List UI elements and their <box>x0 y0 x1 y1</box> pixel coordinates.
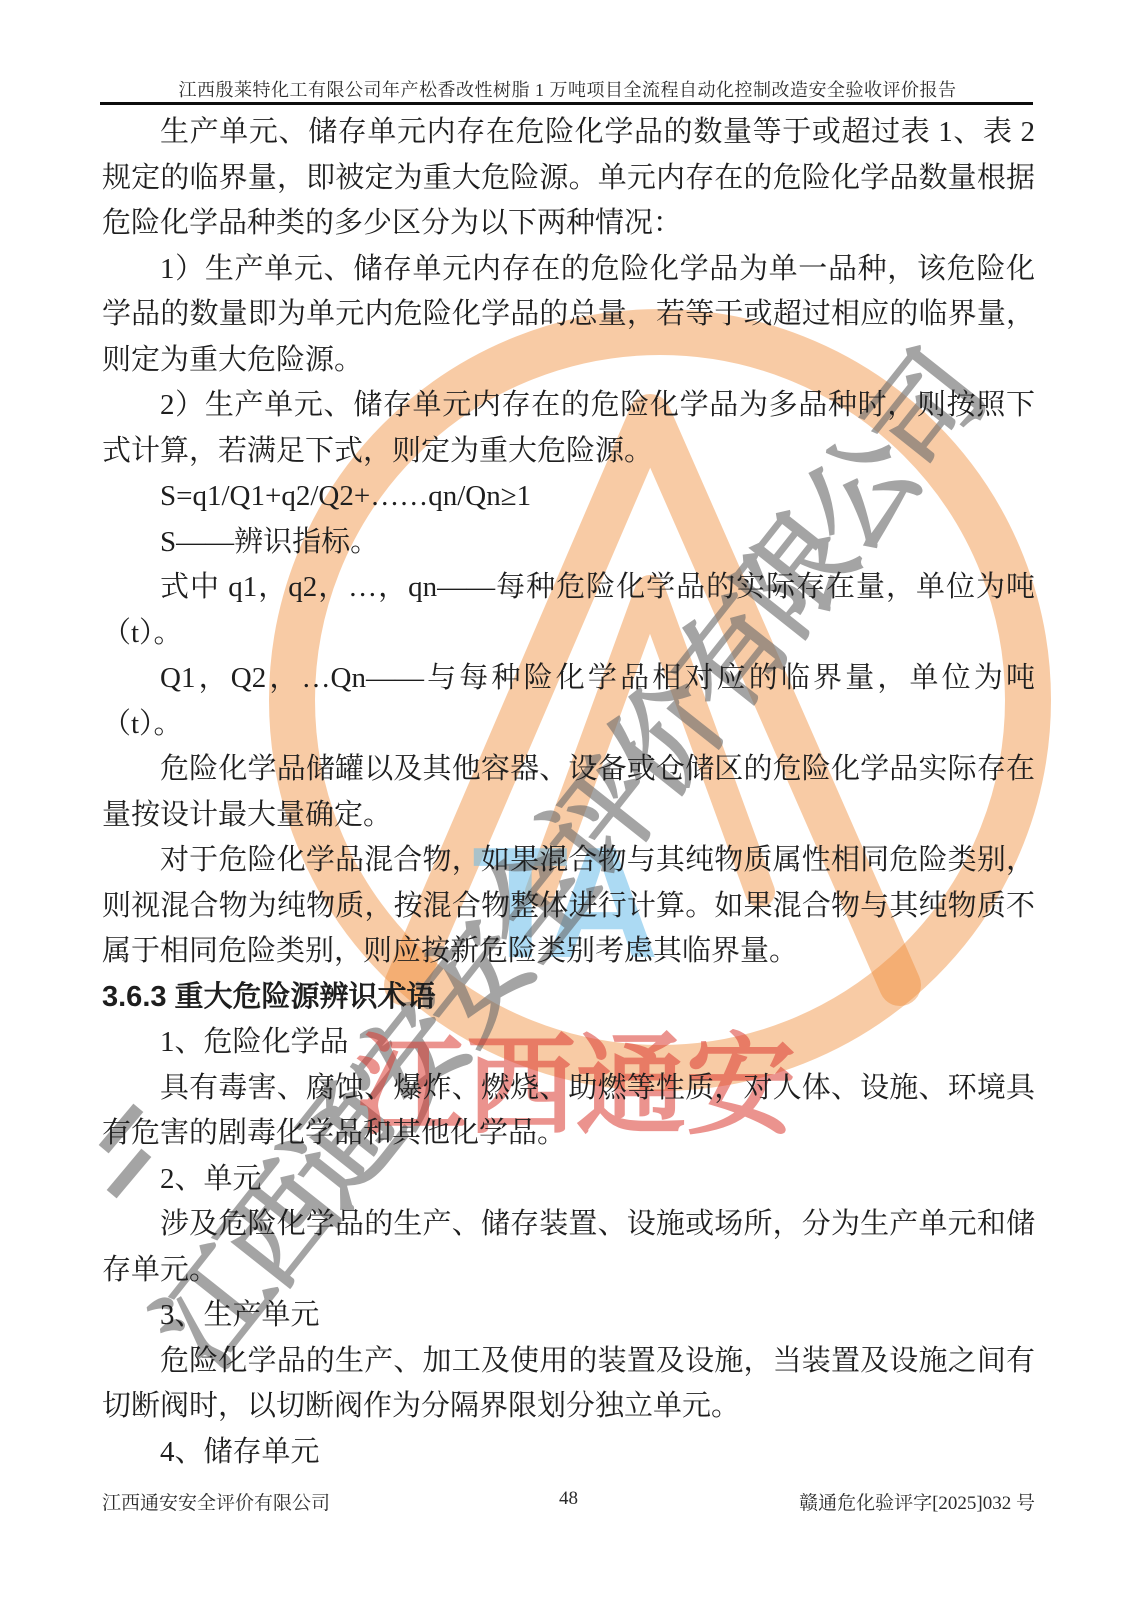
document-page: TA 江西通安安全评价有限公司 江西通安 江西殷莱特化工有限公司年产松香改性树脂… <box>0 0 1132 1600</box>
paragraph: 具有毒害、腐蚀、爆炸、燃烧、助燃等性质，对人体、设施、环境具有危害的剧毒化学品和… <box>102 1066 1035 1157</box>
paragraph: 生产单元、储存单元内存在危险化学品的数量等于或超过表 1、表 2 规定的临界量，… <box>102 110 1035 247</box>
list-item: 4、储存单元 <box>102 1430 1035 1476</box>
list-item: 2、单元 <box>102 1157 1035 1203</box>
footer-doc-number: 赣通危化验评字[2025]032 号 <box>799 1488 1035 1515</box>
paragraph: 危险化学品的生产、加工及使用的装置及设施，当装置及设施之间有切断阀时，以切断阀作… <box>102 1339 1035 1430</box>
paragraph: 1）生产单元、储存单元内存在的危险化学品为单一品种，该危险化学品的数量即为单元内… <box>102 247 1035 384</box>
formula-legend: S——辨识指标。 <box>102 520 1035 566</box>
paragraph: 涉及危险化学品的生产、储存装置、设施或场所，分为生产单元和储存单元。 <box>102 1202 1035 1293</box>
paragraph: 对于危险化学品混合物，如果混合物与其纯物质属性相同危险类别，则视混合物为纯物质，… <box>102 838 1035 975</box>
paragraph: 2）生产单元、储存单元内存在的危险化学品为多品种时，则按照下式计算，若满足下式，… <box>102 383 1035 474</box>
formula-legend: Q1，Q2，…Qn——与每种险化学品相对应的临界量，单位为吨（t）。 <box>102 656 1035 747</box>
formula-legend: 式中 q1，q2，…，qn——每种危险化学品的实际存在量，单位为吨（t）。 <box>102 565 1035 656</box>
list-item: 1、危险化学品 <box>102 1020 1035 1066</box>
header-title: 江西殷莱特化工有限公司年产松香改性树脂 1 万吨项目全流程自动化控制改造安全验收… <box>102 76 1033 102</box>
document-body: 生产单元、储存单元内存在危险化学品的数量等于或超过表 1、表 2 规定的临界量，… <box>102 110 1035 1475</box>
section-heading: 3.6.3 重大危险源辨识术语 <box>102 975 1035 1021</box>
list-item: 3、生产单元 <box>102 1293 1035 1339</box>
paragraph: 危险化学品储罐以及其他容器、设备或仓储区的危险化学品实际存在量按设计最大量确定。 <box>102 747 1035 838</box>
header-rule <box>100 102 1033 105</box>
formula-line: S=q1/Q1+q2/Q2+……qn/Qn≥1 <box>102 474 1035 520</box>
